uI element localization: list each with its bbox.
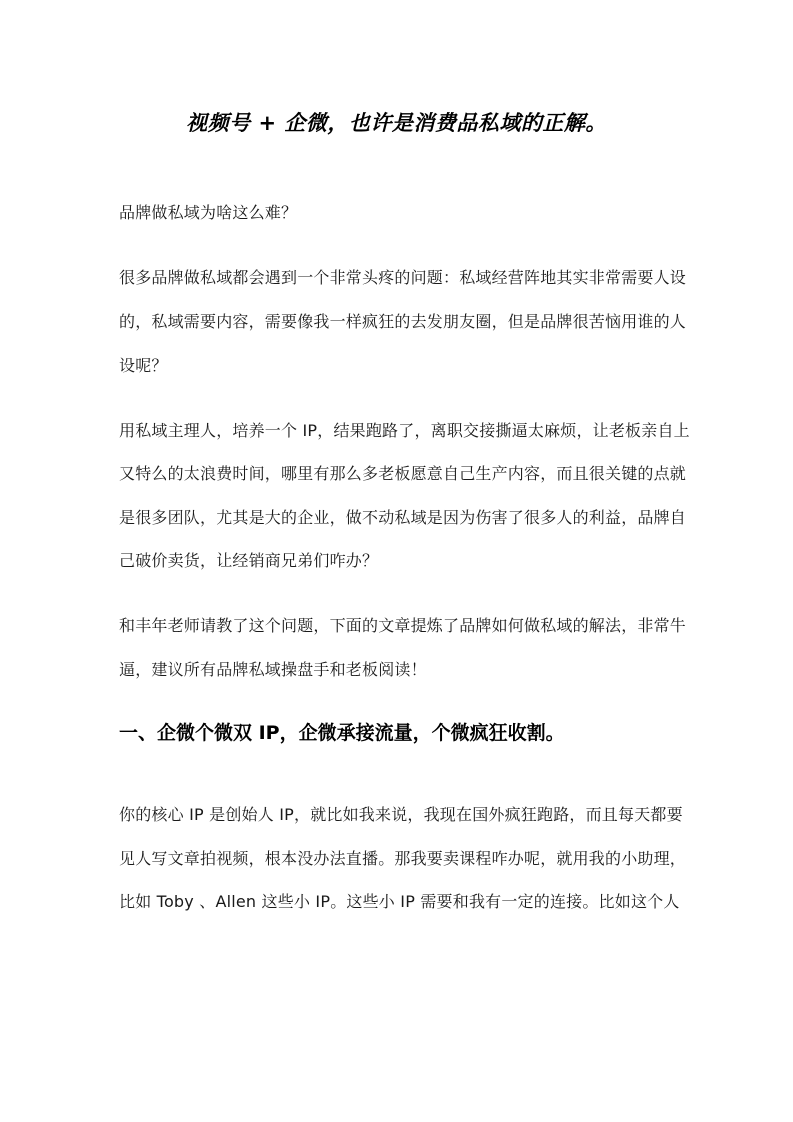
paragraph-2-line-1: 用私域主理人，培养一个 IP，结果跑路了，离职交接撕逼太麻烦，让老板亲自上 <box>119 420 679 442</box>
paragraph-3-line-1: 和丰年老师请教了这个问题，下面的文章提炼了品牌如何做私域的解法，非常牛 <box>119 615 679 637</box>
paragraph-2-line-2: 又特么的太浪费时间，哪里有那么多老板愿意自己生产内容，而且很关键的点就 <box>119 463 679 485</box>
document-title: 视频号 + 企微，也许是消费品私域的正解。 <box>0 108 793 138</box>
section-paragraph-line-2: 见人写文章拍视频，根本没办法直播。那我要卖课程咋办呢，就用我的小助理， <box>119 848 679 870</box>
section-paragraph-line-3: 比如 Toby 、Allen 这些小 IP。这些小 IP 需要和我有一定的连接。… <box>119 891 679 913</box>
paragraph-2-line-4: 己破价卖货，让经销商兄弟们咋办？ <box>119 550 679 572</box>
section-heading: 一、企微个微双 IP，企微承接流量，个微疯狂收割。 <box>119 719 565 747</box>
paragraph-3-line-2: 逼，建议所有品牌私域操盘手和老板阅读！ <box>119 659 679 681</box>
document-page: 视频号 + 企微，也许是消费品私域的正解。 品牌做私域为啥这么难？ 很多品牌做私… <box>0 0 793 1122</box>
subtitle-question: 品牌做私域为啥这么难？ <box>119 202 679 224</box>
paragraph-1-line-3: 设呢？ <box>119 355 679 377</box>
section-paragraph-line-1: 你的核心 IP 是创始人 IP，就比如我来说，我现在国外疯狂跑路，而且每天都要 <box>119 804 679 826</box>
paragraph-1-line-2: 的，私域需要内容，需要像我一样疯狂的去发朋友圈，但是品牌很苦恼用谁的人 <box>119 311 679 333</box>
paragraph-2-line-3: 是很多团队，尤其是大的企业，做不动私域是因为伤害了很多人的利益，品牌自 <box>119 507 679 529</box>
paragraph-1-line-1: 很多品牌做私域都会遇到一个非常头疼的问题：私域经营阵地其实非常需要人设 <box>119 267 679 289</box>
